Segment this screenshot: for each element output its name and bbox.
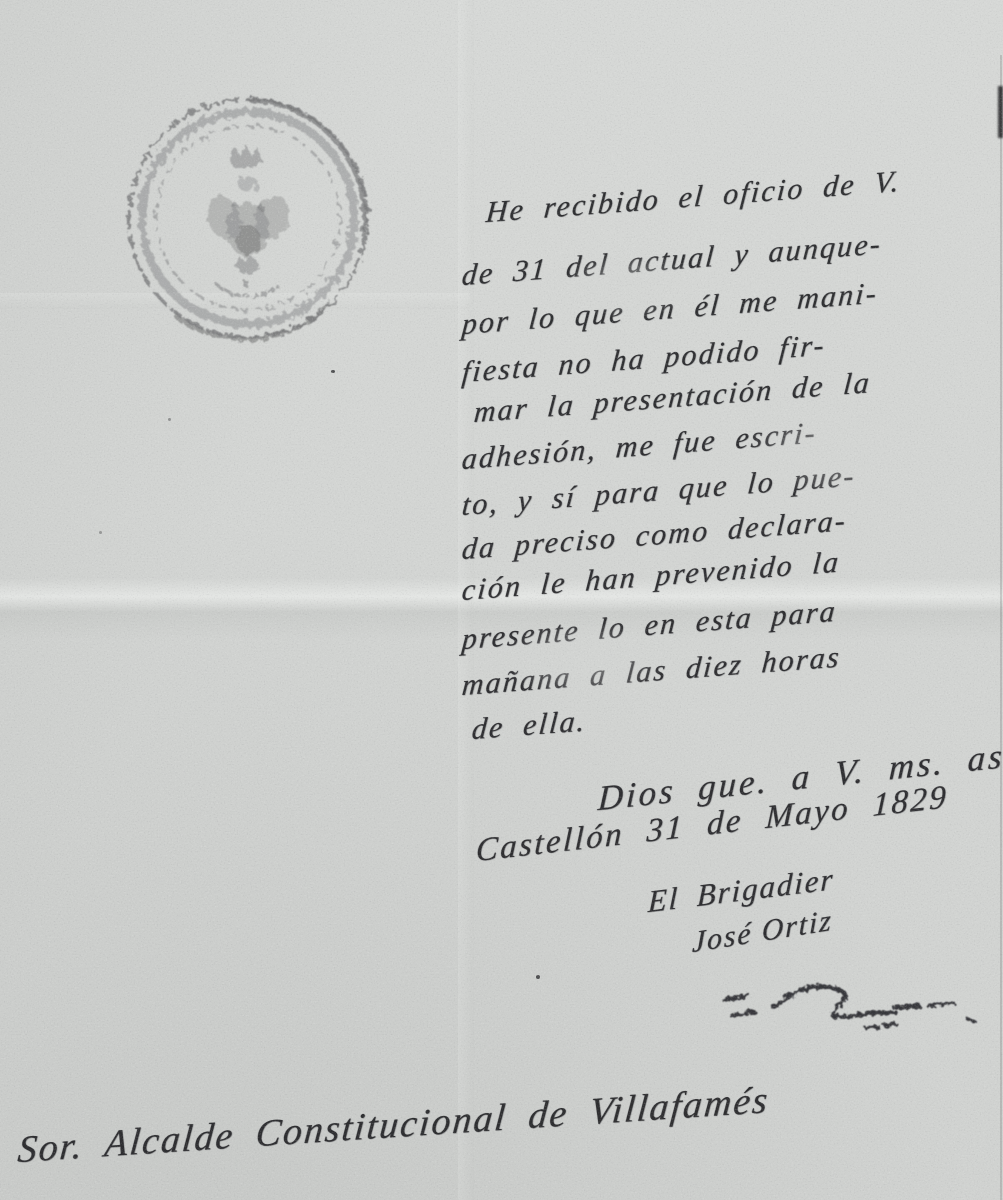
letter-line: He recibido el oficio de V.	[485, 165, 903, 230]
ink-speck	[99, 531, 102, 534]
addressee-line: Sor. Alcalde Constitucional de Villafamé…	[16, 1078, 771, 1172]
ink-speck	[331, 370, 335, 373]
letter-line: de ella.	[471, 704, 588, 747]
scanned-letter-page: He recibido el oficio de V. de 31 del ac…	[0, 0, 1003, 1200]
letter-body: He recibido el oficio de V. de 31 del ac…	[462, 0, 1003, 820]
ink-speck	[168, 418, 171, 421]
official-seal-stamp-icon	[118, 88, 378, 348]
ink-speck	[536, 975, 540, 979]
seal-coat-of-arms	[201, 144, 296, 288]
signature-rubric-icon	[716, 952, 986, 1052]
